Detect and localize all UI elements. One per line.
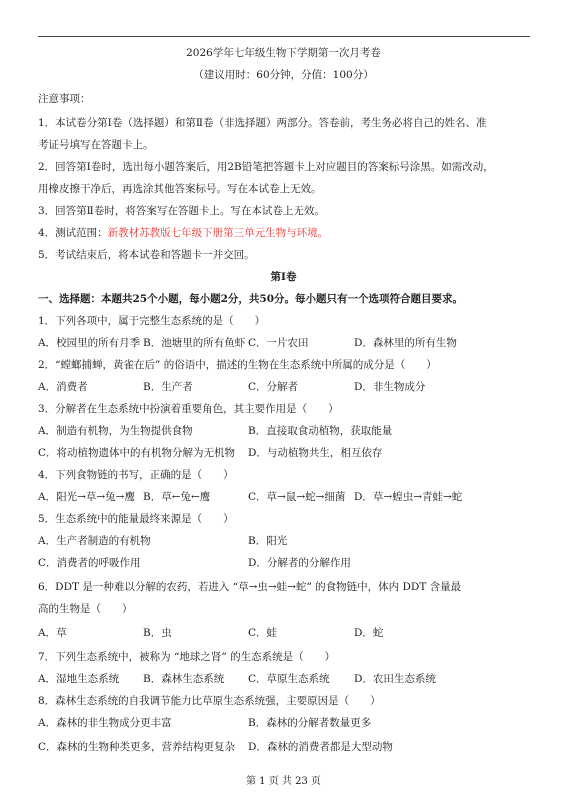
exam-title: 2026学年七年级生物下学期第一次月考卷 [0, 46, 567, 60]
note-4-prefix: 4．测试范围： [38, 227, 108, 239]
q5-option-d: D．分解者的分解作用 [248, 556, 351, 570]
q6-option-c: C．蛙 [248, 626, 277, 640]
q2-option-a: A．消费者 [38, 380, 88, 394]
question-6-stem-cont: 高的生物是（ ） [38, 602, 133, 616]
q3-option-b: B．直接取食动植物，获取能量 [248, 424, 392, 438]
note-5: 5．考试结束后，将本试卷和答题卡一并交回。 [38, 248, 255, 262]
question-4-stem: 4．下列食物链的书写，正确的是（ ） [38, 468, 234, 482]
question-2-stem: 2．“螳螂捕蝉，黄雀在后” 的俗语中，描述的生物在生态系统中所属的成分是（ ） [38, 358, 437, 372]
section-instruction: 一、选择题：本题共25个小题，每小题2分，共50分。每小题只有一个选项符合题目要… [38, 292, 463, 306]
q1-option-c: C．一片农田 [248, 336, 309, 350]
q4-option-b: B．草←兔←鹰 [143, 490, 210, 504]
test-scope: 新教材苏教版七年级下册第三单元生物与环境。 [108, 227, 329, 239]
q8-option-a: A．森林的非生物成分更丰富 [38, 716, 172, 730]
section-title: 第Ⅰ卷 [0, 270, 567, 284]
q5-option-b: B．阳光 [248, 534, 287, 548]
q6-option-b: B．虫 [143, 626, 172, 640]
question-5-stem: 5．生态系统中的能量最终来源是（ ） [38, 512, 234, 526]
page-number: 第 1 页 共 23 页 [0, 772, 567, 787]
q1-option-a: A．校园里的所有月季 [38, 336, 140, 350]
q1-option-d: D．森林里的所有生物 [354, 336, 457, 350]
q7-option-a: A．湿地生态系统 [38, 672, 119, 686]
q5-option-a: A．生产者制造的有机物 [38, 534, 151, 548]
q1-option-b: B．池塘里的所有鱼虾 [143, 336, 245, 350]
q6-option-a: A．草 [38, 626, 67, 640]
question-7-stem: 7．下列生态系统中，被称为 “地球之肾” 的生态系统是（ ） [38, 650, 335, 664]
exam-page: 2026学年七年级生物下学期第一次月考卷 （建议用时：60分钟，分值：100分）… [0, 0, 567, 800]
top-rule-divider [38, 36, 530, 37]
q8-option-d: D．森林的消费者都是大型动物 [248, 740, 393, 754]
note-1-line-1: 1．本试卷分第Ⅰ卷（选择题）和第Ⅱ卷（非选择题）两部分。答卷前，考生务必将自己的… [38, 116, 486, 130]
question-1-stem: 1．下列各项中，属于完整生态系统的是（ ） [38, 314, 265, 328]
q2-option-c: C．分解者 [248, 380, 298, 394]
note-2-line-1: 2．回答第Ⅰ卷时，选出每小题答案后，用2B铅笔把答题卡上对应题目的答案标号涂黑。… [38, 160, 494, 174]
q4-option-d: D．草→蝗虫→青蛙→蛇 [354, 490, 462, 504]
q3-option-a: A．制造有机物，为生物提供食物 [38, 424, 193, 438]
q4-option-c: C．草→鼠→蛇→细菌 [248, 490, 345, 504]
q6-option-d: D．蛇 [354, 626, 383, 640]
q8-option-c: C．森林的生物种类更多，营养结构更复杂 [38, 740, 235, 754]
q2-option-b: B．生产者 [143, 380, 193, 394]
note-2-line-2: 用橡皮擦干净后，再选涂其他答案标号。写在本试卷上无效。 [38, 182, 322, 196]
q4-option-a: A．阳光→草→兔→鹰 [38, 490, 135, 504]
question-6-stem: 6．DDT 是一种难以分解的农药，若进入 “草→虫→蛙→蛇” 的食物链中，体内 … [38, 580, 461, 594]
q5-option-c: C．消费者的呼吸作用 [38, 556, 141, 570]
question-3-stem: 3．分解者在生态系统中扮演着重要角色，其主要作用是（ ） [38, 402, 339, 416]
q8-option-b: B．森林的分解者数量更多 [248, 716, 371, 730]
q2-option-d: D．非生物成分 [354, 380, 425, 394]
question-8-stem: 8．森林生态系统的自我调节能力比草原生态系统强，主要原因是（ ） [38, 694, 381, 708]
q3-option-d: D．与动植物共生，相互依存 [248, 446, 382, 460]
exam-subtitle: （建议用时：60分钟，分值：100分） [0, 68, 567, 82]
q7-option-b: B．森林生态系统 [143, 672, 224, 686]
note-1-line-2: 考证号填写在答题卡上。 [38, 138, 154, 152]
q7-option-c: C．草原生态系统 [248, 672, 330, 686]
q7-option-d: D．农田生态系统 [354, 672, 436, 686]
notes-heading: 注意事项： [38, 92, 91, 106]
note-3: 3．回答第Ⅱ卷时，将答案写在答题卡上。写在本试卷上无效。 [38, 204, 325, 218]
q3-option-c: C．将动植物遗体中的有机物分解为无机物 [38, 446, 235, 460]
note-4: 4．测试范围：新教材苏教版七年级下册第三单元生物与环境。 [38, 226, 328, 240]
